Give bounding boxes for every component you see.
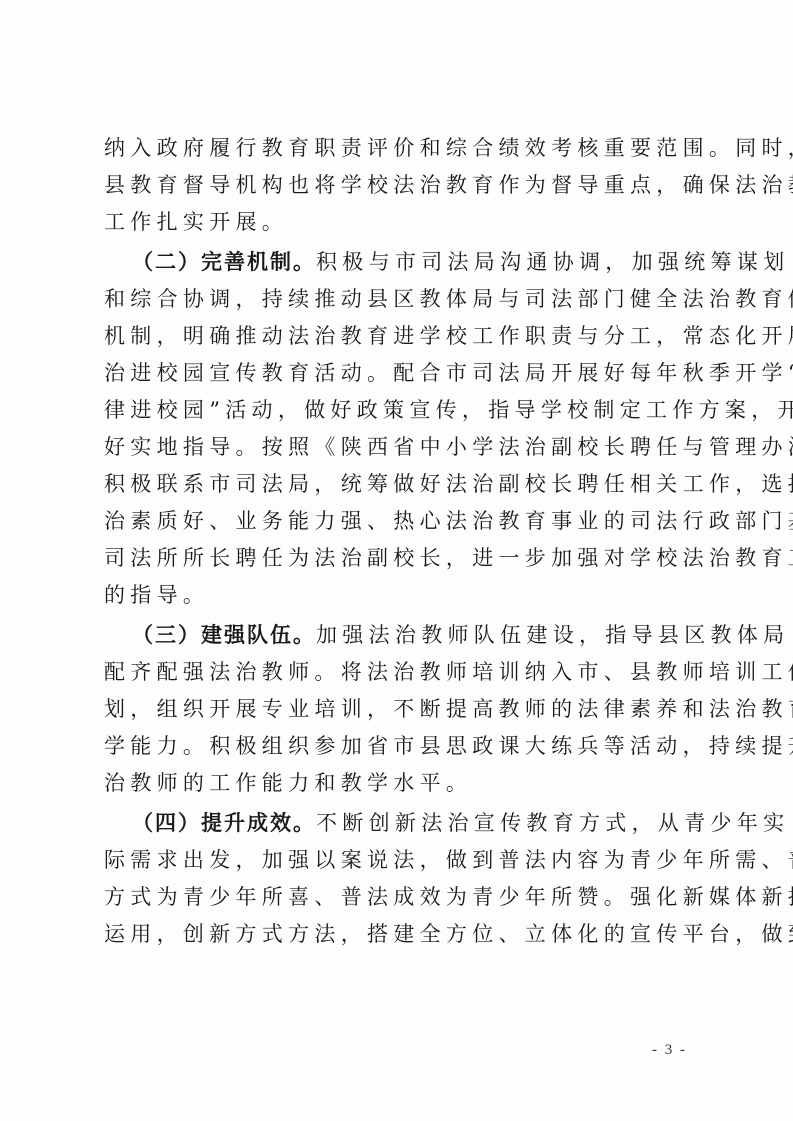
paragraph-first-line: （二）完善机制。积极与市司法局沟通协调，加强统筹谋划 [104,244,688,281]
section-heading: （四）提升成效。 [132,811,316,835]
text-line: 好实地指导。按照《陕西省中小学法治副校长聘任与管理办法》， [104,429,688,466]
text-line: 司法所所长聘任为法治副校长，进一步加强对学校法治教育工作 [104,540,688,577]
paragraph-first-line: （三）建强队伍。加强法治教师队伍建设，指导县区教体局 [104,617,688,654]
paragraph-improve-effectiveness: （四）提升成效。不断创新法治宣传教育方式，从青少年实 际需求出发，加强以案说法，… [104,805,688,953]
text-run: 积极与市司法局沟通协调，加强统筹谋划 [316,250,789,274]
text-line: 配齐配强法治教师。将法治教师培训纳入市、县教师培训工作计 [104,654,688,691]
text-line: 治教师的工作能力和教学水平。 [104,765,688,802]
paragraph-continuation: 纳入政府履行教育职责评价和综合绩效考核重要范围。同时，市、 县教育督导机构也将学… [104,130,688,241]
paragraph-strengthen-team: （三）建强队伍。加强法治教师队伍建设，指导县区教体局 配齐配强法治教师。将法治教… [104,617,688,802]
paragraph-first-line: （四）提升成效。不断创新法治宣传教育方式，从青少年实 [104,805,688,842]
text-line: 机制，明确推动法治教育进学校工作职责与分工，常态化开展法 [104,318,688,355]
text-line: 划，组织开展专业培训，不断提高教师的法律素养和法治教育教 [104,691,688,728]
text-line: 治进校园宣传教育活动。配合市司法局开展好每年秋季开学“法 [104,355,688,392]
text-line: 的指导。 [104,577,688,614]
text-line: 际需求出发，加强以案说法，做到普法内容为青少年所需、普法 [104,842,688,879]
text-line: 运用，创新方式方法，搭建全方位、立体化的宣传平台，做到面 [104,916,688,953]
text-line: 治素质好、业务能力强、热心法治教育事业的司法行政部门基层 [104,503,688,540]
text-line: 律进校园”活动，做好政策宣传，指导学校制定工作方案，开展 [104,392,688,429]
paragraph-improve-mechanism: （二）完善机制。积极与市司法局沟通协调，加强统筹谋划 和综合协调，持续推动县区教… [104,244,688,614]
document-page: 纳入政府履行教育职责评价和综合绩效考核重要范围。同时，市、 县教育督导机构也将学… [0,0,793,1121]
text-line: 工作扎实开展。 [104,204,688,241]
text-line: 纳入政府履行教育职责评价和综合绩效考核重要范围。同时，市、 [104,130,688,167]
text-run: 加强法治教师队伍建设，指导县区教体局 [316,623,789,647]
text-line: 积极联系市司法局，统筹做好法治副校长聘任相关工作，选拔政 [104,466,688,503]
text-line: 县教育督导机构也将学校法治教育作为督导重点，确保法治教育 [104,167,688,204]
text-run: 不断创新法治宣传教育方式，从青少年实 [316,811,789,835]
page-number: - 3 - [652,1042,687,1059]
section-heading: （二）完善机制。 [132,250,316,274]
section-heading: （三）建强队伍。 [132,623,316,647]
document-body: 纳入政府履行教育职责评价和综合绩效考核重要范围。同时，市、 县教育督导机构也将学… [104,130,688,953]
text-line: 方式为青少年所喜、普法成效为青少年所赞。强化新媒体新技术 [104,879,688,916]
text-line: 学能力。积极组织参加省市县思政课大练兵等活动，持续提升法 [104,728,688,765]
text-line: 和综合协调，持续推动县区教体局与司法部门健全法治教育保障 [104,281,688,318]
